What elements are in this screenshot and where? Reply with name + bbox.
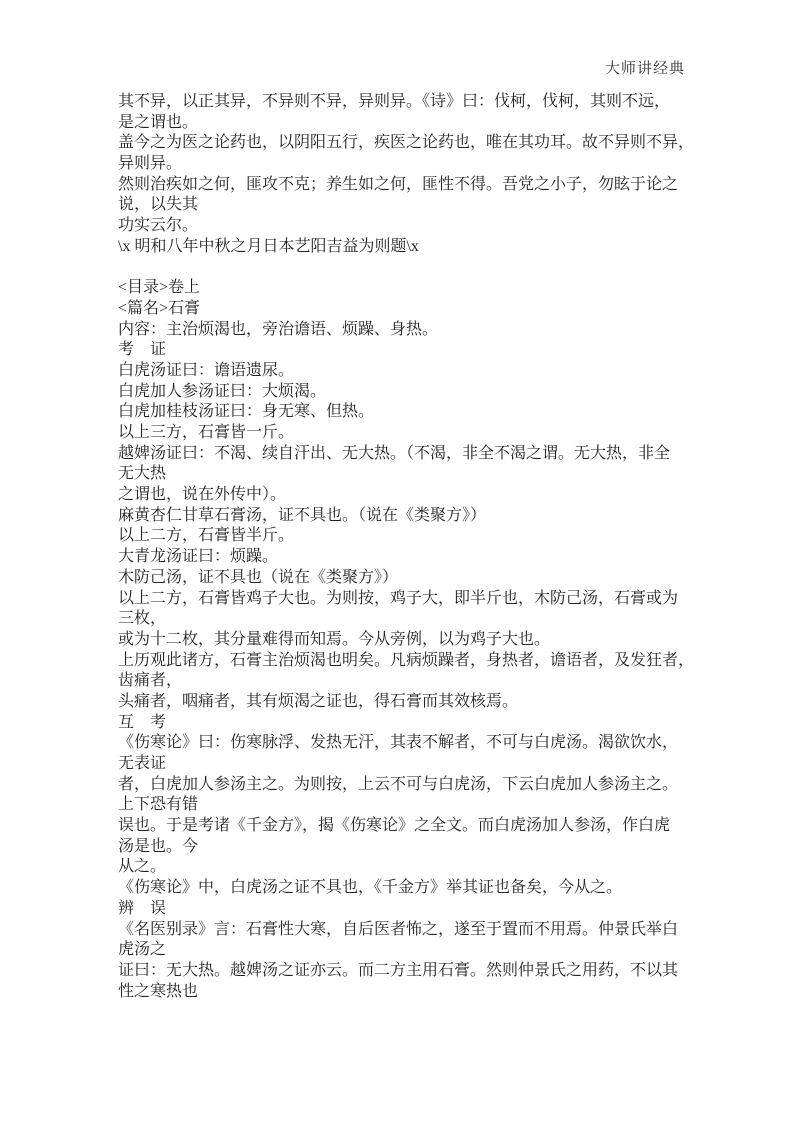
text-line: 以上二方，石膏皆半斤。 — [118, 526, 738, 547]
text-line: 大青龙汤证曰：烦躁。 — [118, 547, 738, 568]
text-line: 虎汤之 — [118, 940, 738, 961]
document-lines: 其不异，以正其异，不异则不异，异则异。《诗》曰：伐柯，伐柯，其则不远，是之谓也。… — [118, 92, 738, 1002]
text-line: 然则治疾如之何，匪攻不克；养生如之何，匪性不得。吾党之小子，勿眩于论之 — [118, 175, 738, 196]
text-line: <目录>卷上 — [118, 278, 738, 299]
document-page: 大师讲经典 其不异，以正其异，不异则不异，异则异。《诗》曰：伐柯，伐柯，其则不远… — [0, 0, 793, 1122]
text-line: 或为十二枚，其分量难得而知焉。今从旁例，以为鸡子大也。 — [118, 630, 738, 651]
text-line: 证曰：无大热。越婢汤之证亦云。而二方主用石膏。然则仲景氏之用药，不以其 — [118, 961, 738, 982]
text-line: 《伤寒论》中，白虎汤之证不具也，《千金方》举其证也备矣，今从之。 — [118, 878, 738, 899]
text-line: 《名医别录》言：石膏性大寒，自后医者怖之，遂至于置而不用焉。仲景氏举白 — [118, 920, 738, 941]
blank-line — [118, 258, 738, 279]
page-header-title: 大师讲经典 — [605, 57, 685, 78]
text-line: 无表证 — [118, 754, 738, 775]
text-line: <篇名>石膏 — [118, 299, 738, 320]
text-line: 三枚， — [118, 609, 738, 630]
text-line: 说，以失其 — [118, 195, 738, 216]
text-line: 上下恐有错 — [118, 795, 738, 816]
text-line: 越婢汤证曰：不渴、续自汗出、无大热。（不渴，非全不渴之谓。无大热，非全 — [118, 444, 738, 465]
text-line: 考 证 — [118, 340, 738, 361]
text-line: 辨 误 — [118, 899, 738, 920]
text-line: 头痛者，咽痛者，其有烦渴之证也，得石膏而其效核焉。 — [118, 692, 738, 713]
text-line: 麻黄杏仁甘草石膏汤，证不具也。（说在《类聚方》） — [118, 506, 738, 527]
text-line: 盖今之为医之论药也，以阴阳五行，疾医之论药也，唯在其功耳。故不异则不异， — [118, 133, 738, 154]
text-line: 误也。于是考诸《千金方》，揭《伤寒论》之全文。而白虎汤加人参汤，作白虎 — [118, 816, 738, 837]
text-line: \x 明和八年中秋之月日本艺阳吉益为则题\x — [118, 237, 738, 258]
text-line: 异则异。 — [118, 154, 738, 175]
text-line: 无大热 — [118, 464, 738, 485]
text-line: 白虎加桂枝汤证曰：身无寒、但热。 — [118, 402, 738, 423]
text-line: 上历观此诸方，石膏主治烦渴也明矣。凡病烦躁者，身热者，谵语者，及发狂者， — [118, 651, 738, 672]
text-line: 内容：主治烦渴也，旁治谵语、烦躁、身热。 — [118, 320, 738, 341]
text-line: 白虎汤证曰：谵语遗尿。 — [118, 361, 738, 382]
text-line: 性之寒热也 — [118, 982, 738, 1003]
text-line: 汤是也。今 — [118, 837, 738, 858]
text-line: 齿痛者， — [118, 671, 738, 692]
text-line: 以上三方，石膏皆一斤。 — [118, 423, 738, 444]
text-line: 白虎加人参汤证曰：大烦渴。 — [118, 382, 738, 403]
text-line: 功实云尔。 — [118, 216, 738, 237]
text-line: 之谓也，说在外传中）。 — [118, 485, 738, 506]
text-line: 木防己汤，证不具也（说在《类聚方》） — [118, 568, 738, 589]
text-line: 互 考 — [118, 713, 738, 734]
text-line: 从之。 — [118, 857, 738, 878]
text-line: 以上二方，石膏皆鸡子大也。为则按，鸡子大，即半斤也，木防己汤，石膏或为 — [118, 589, 738, 610]
text-line: 是之谓也。 — [118, 113, 738, 134]
text-line: 者，白虎加人参汤主之。为则按，上云不可与白虎汤，下云白虎加人参汤主之。 — [118, 775, 738, 796]
text-line: 其不异，以正其异，不异则不异，异则异。《诗》曰：伐柯，伐柯，其则不远， — [118, 92, 738, 113]
text-line: 《伤寒论》曰：伤寒脉浮、发热无汗，其表不解者，不可与白虎汤。渴欲饮水， — [118, 733, 738, 754]
